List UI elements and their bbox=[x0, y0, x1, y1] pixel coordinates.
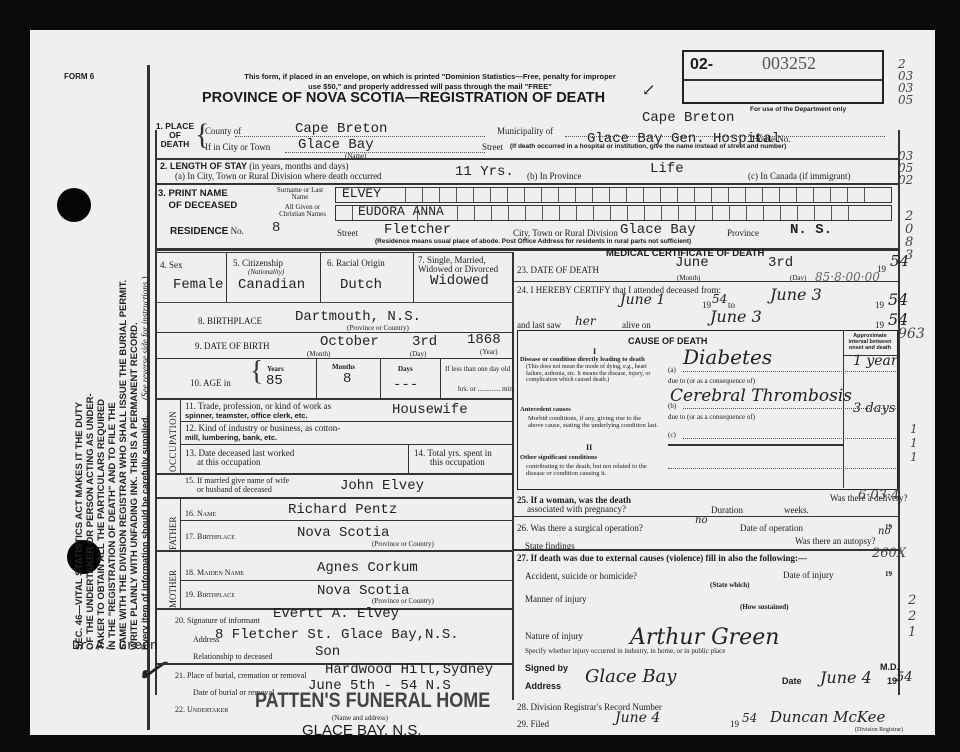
attended-from-value: June 1 bbox=[620, 292, 665, 308]
signed-date-value: June 4 bbox=[820, 668, 872, 687]
attended-to-value: June 3 bbox=[770, 285, 822, 304]
checkmark-icon: ✓ bbox=[131, 646, 170, 695]
physician-signature: Arthur Green bbox=[630, 625, 779, 650]
mother-maiden-value: Agnes Corkum bbox=[317, 560, 418, 576]
father-name-value: Richard Pentz bbox=[288, 502, 397, 518]
dob-month-value: October bbox=[320, 334, 379, 350]
citizenship-value: Canadian bbox=[238, 277, 305, 293]
punch-hole-top bbox=[57, 188, 91, 222]
registration-prefix: 02- bbox=[690, 56, 713, 74]
cause-b-value: Cerebral Thrombosis bbox=[670, 386, 852, 406]
place-of-death-label: 1. PLACEOFDEATH bbox=[155, 122, 195, 149]
spouse-value: John Elvey bbox=[340, 478, 424, 494]
inner-left-border bbox=[155, 130, 157, 695]
undertaker-city: GLACE BAY, N.S. bbox=[302, 722, 422, 739]
page-title: PROVINCE OF NOVA SCOTIA—REGISTRATION OF … bbox=[202, 90, 605, 106]
residence-city-value: Glace Bay bbox=[620, 222, 696, 238]
department-note: For use of the Department only bbox=[750, 106, 846, 113]
tick-mark: ↙ bbox=[642, 80, 655, 99]
undertaker-stamp: PATTEN'S FUNERAL HOME bbox=[255, 688, 490, 713]
birthplace-value: Dartmouth, N.S. bbox=[295, 309, 421, 325]
cause-a-value: Diabetes bbox=[683, 345, 772, 369]
death-day-value: 3rd bbox=[768, 255, 793, 271]
marital-status-value: Widowed bbox=[430, 273, 489, 289]
residence-no-value: 8 bbox=[272, 220, 280, 236]
occupation-value: Housewife bbox=[392, 402, 468, 418]
informant-address-value: 8 Fletcher St. Glace Bay,N.S. bbox=[215, 627, 459, 643]
form-number: FORM 6 bbox=[64, 72, 94, 81]
age-days-value: --- bbox=[393, 377, 418, 393]
registration-number-box: 02- 003252 bbox=[682, 50, 884, 104]
burial-place-value: Hardwood Hill,Sydney bbox=[325, 662, 493, 678]
age-years-value: 85 bbox=[266, 373, 283, 389]
print-name-label: 3. PRINT NAME OF DECEASED bbox=[158, 188, 237, 212]
surname-value: ELVEY bbox=[342, 186, 381, 201]
right-border bbox=[898, 130, 900, 695]
relationship-value: Son bbox=[315, 644, 340, 660]
autopsy-value: no bbox=[878, 526, 890, 537]
filed-date-value: June 4 bbox=[615, 710, 660, 726]
surname-cells bbox=[335, 187, 892, 203]
racial-origin-value: Dutch bbox=[340, 277, 382, 293]
dob-year-value: 1868 bbox=[467, 332, 501, 348]
stay-province-value: Life bbox=[650, 161, 684, 177]
municipality-value: Cape Breton bbox=[642, 110, 734, 126]
stay-city-value: 11 Yrs. bbox=[455, 164, 514, 180]
residence-province-value: N. S. bbox=[790, 222, 832, 238]
registrar-signature: Duncan McKee bbox=[770, 708, 885, 726]
county-value: Cape Breton bbox=[295, 121, 387, 137]
city-value: Glace Bay bbox=[298, 137, 374, 153]
death-registration-form: SEC. 46—VITAL STATISTICS ACT MAKES IT TH… bbox=[30, 30, 935, 735]
registration-number: 003252 bbox=[762, 53, 816, 74]
father-birthplace-value: Nova Scotia bbox=[297, 525, 389, 541]
dob-day-value: 3rd bbox=[412, 334, 437, 350]
age-months-value: 8 bbox=[343, 371, 351, 387]
cause-of-death-box: CAUSE OF DEATH Approximate interval betw… bbox=[517, 330, 898, 490]
margin-codes: 2030305 bbox=[898, 58, 938, 106]
occupation-section-label: OCCUPATION bbox=[168, 411, 178, 472]
cause-a-interval: 1 year bbox=[853, 353, 898, 369]
residence-street-value: Fletcher bbox=[384, 222, 451, 238]
death-month-value: June bbox=[675, 255, 709, 271]
given-name-value: EUDORA ANNA bbox=[358, 204, 444, 219]
mail-notice: This form, if placed in an envelope, on … bbox=[210, 72, 650, 92]
informant-signature-value: Evertt A. Elvey bbox=[273, 606, 399, 622]
physician-address: Glace Bay bbox=[585, 666, 676, 687]
side-notice: SEC. 46—VITAL STATISTICS ACT MAKES IT TH… bbox=[74, 277, 151, 650]
sex-value: Female bbox=[173, 277, 223, 293]
surgical-operation-value: no bbox=[695, 515, 707, 526]
alive-on-value: June 3 bbox=[710, 307, 762, 326]
